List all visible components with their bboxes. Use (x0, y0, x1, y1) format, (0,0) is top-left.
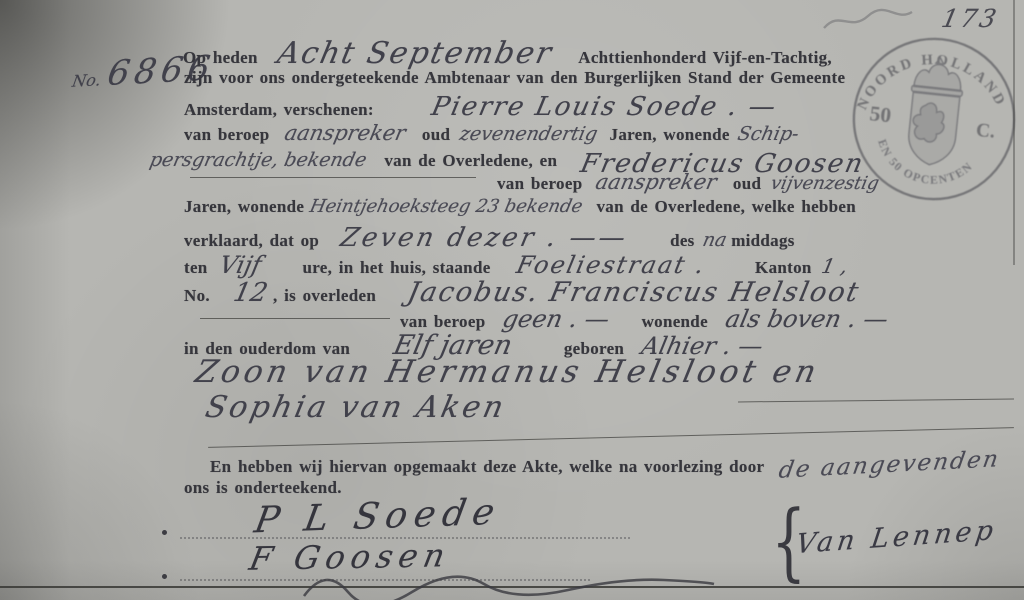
act-line-opening: Op heden Acht September Achttienhonderd … (183, 36, 832, 71)
declarant1-name: Pierre Louis Soede . — (429, 92, 780, 122)
parents-line1: Zoon van Hermanus Helsloot en (192, 354, 823, 390)
act-line-death-date: verklaard, dat op Zeven dezer . —— des n… (184, 223, 795, 253)
declarant1-occupation: aanspreker (283, 121, 409, 145)
closing-rule-lower (208, 427, 1014, 448)
act-line-closing2: ons is onderteekend. (184, 478, 342, 498)
blank-fill-rule (200, 318, 390, 319)
parents-line2: Sophia van Aken (202, 390, 509, 425)
act-line-registrar: zijn voor ons ondergeteekende Ambtenaar … (184, 68, 845, 88)
act-line-city: Amsterdam, verschenen: Pierre Louis Soed… (184, 92, 777, 122)
signature-dot (162, 574, 167, 579)
act-line-parents2: Sophia van Aken (206, 390, 506, 425)
street-hand: Foeliestraat . (514, 251, 708, 279)
death-certificate-scan: No. 6866 173 NOORD HOLLAND EN 50 OPCENTE… (0, 0, 1024, 600)
act-line-declarant1b: persgrachtje, bekende van de Overledene,… (150, 143, 864, 173)
declarant1-residence-a: Schip- (735, 123, 800, 145)
blank-fill-rule (190, 177, 476, 178)
signature-declarant1: P L Soede (254, 492, 501, 542)
stamp-coat-of-arms (906, 92, 960, 167)
signature-dot (162, 530, 167, 535)
year-printed: Achttienhonderd Vijf-en-Tachtig, (578, 48, 832, 68)
declarant2-residence: Heintjehoeksteeg 23 bekende (308, 196, 585, 217)
page-edge-line (1013, 0, 1015, 265)
declarant1-age: zevenendertig (458, 123, 600, 145)
death-hour-hand: Vijf (217, 251, 264, 279)
act-line-declarant2b: Jaren, wonende Heintjehoeksteeg 23 beken… (184, 196, 856, 217)
deceased-name: Jacobus. Franciscus Helsloot (405, 277, 863, 308)
deceased-residence: als boven . — (723, 305, 891, 333)
closing-rule-upper (738, 399, 1014, 403)
act-line-declarant2: van beroep aanspreker oud vijvenzestig (497, 170, 879, 194)
declarant2-age: vijvenzestig (769, 173, 881, 194)
act-line-declarant1: van beroep aanspreker oud zevenendertig … (184, 121, 798, 145)
daypart-hand: na (700, 229, 728, 251)
kanton-hand: 1 , (819, 254, 850, 278)
declarant1-residence-b: persgrachtje, bekende (148, 149, 369, 171)
stamp-denomination-right: C. (975, 120, 996, 143)
folio-number: 173 (942, 4, 999, 33)
act-line-parents1: Zoon van Hermanus Helsloot en (196, 354, 819, 390)
opening-printed: Op heden (183, 48, 258, 68)
death-date-hand: Zeven dezer . —— (338, 223, 631, 253)
house-number-hand: 12 (231, 278, 270, 308)
act-line-hour-street: ten Vijf ure, in het huis, staande Foeli… (184, 251, 847, 279)
closing-hand: de aangevenden (777, 446, 1002, 483)
certificate-number-label: No. (71, 70, 102, 91)
stamp-denomination-left: 50 (869, 101, 893, 127)
next-signature-fragment (300, 566, 720, 600)
act-date-hand: Acht September (274, 36, 556, 71)
signature-registrar: Van Lennep (795, 515, 998, 560)
act-line-deceased: No. 12 , is overleden Jacobus. Franciscu… (184, 277, 860, 308)
act-line-deceased-occupation: van beroep geen . — wonende als boven . … (400, 305, 888, 333)
declarant2-occupation: aanspreker (594, 170, 720, 194)
act-line-closing1: En hebben wij hiervan opgemaakt deze Akt… (210, 452, 999, 478)
deceased-occupation: geen . — (500, 305, 612, 333)
